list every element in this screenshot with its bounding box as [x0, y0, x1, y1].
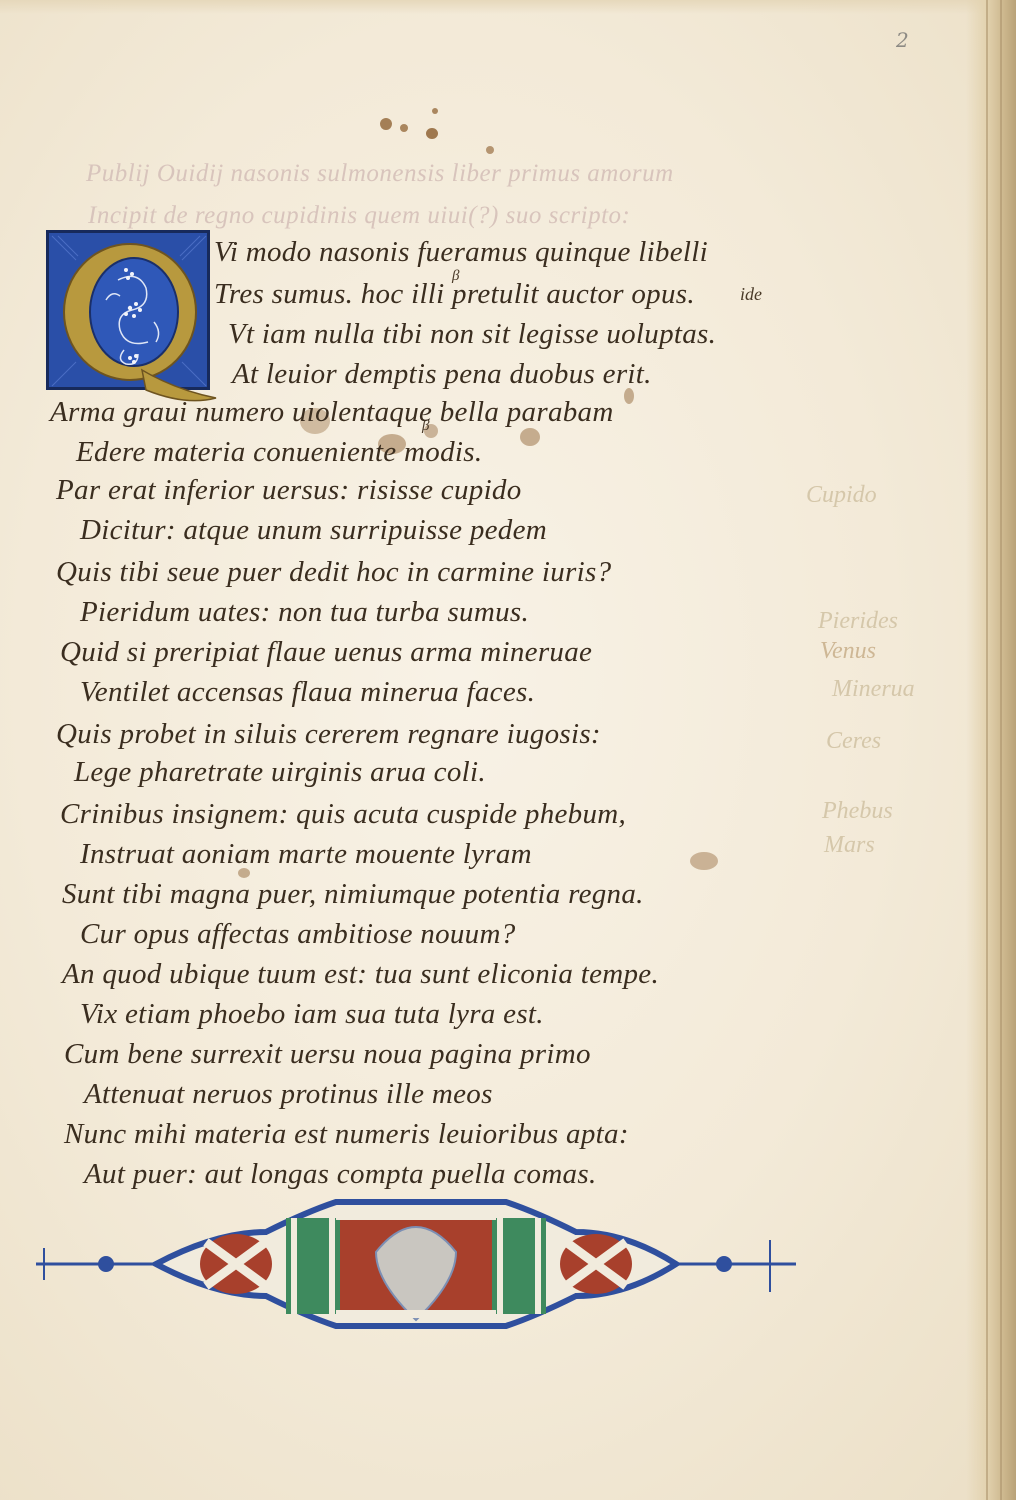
verse-line: Ventilet accensas flaua minerua faces. [80, 676, 535, 709]
verse-line: Quis probet in siluis cererem regnare iu… [56, 718, 601, 751]
margin-gloss: Phebus [822, 798, 893, 825]
verse-line: Arma graui numero uiolentaque bella para… [50, 396, 614, 429]
verse-line: Vi modo nasonis fueramus quinque libelli [214, 236, 708, 269]
verse-line: Vix etiam phoebo iam sua tuta lyra est. [80, 998, 544, 1031]
gutter-line [986, 0, 988, 1500]
verse-line: Instruat aoniam marte mouente lyram [80, 838, 532, 871]
verse-line: Tres sumus. hoc illi pretulit auctor opu… [214, 278, 695, 311]
margin-gloss: Mars [824, 832, 875, 859]
rubric-line-2: Incipit de regno cupidinis quem uiui(?) … [88, 202, 630, 230]
interlinear-gloss: ide [740, 284, 762, 305]
initial-q-icon [46, 230, 224, 420]
verse-line: Attenuat neruos protinus ille meos [84, 1078, 493, 1111]
margin-gloss: Cupido [806, 482, 877, 509]
margin-gloss: Pierides [818, 608, 898, 635]
verse-line: Aut puer: aut longas compta puella comas… [84, 1158, 597, 1191]
verse-line: Edere materia conueniente modis. [76, 436, 482, 469]
verse-line: Cum bene surrexit uersu noua pagina prim… [64, 1038, 591, 1071]
verse-line: Lege pharetrate uirginis arua coli. [74, 756, 486, 789]
stain [690, 852, 718, 870]
verse-line: Cur opus affectas ambitiose nouum? [80, 918, 516, 951]
binding-gutter [966, 0, 1016, 1500]
verse-line: Par erat inferior uersus: risisse cupido [56, 474, 522, 507]
manuscript-page: 2 Publij Ouidij nasonis sulmonensis libe… [0, 0, 1016, 1500]
stain [380, 118, 392, 130]
verse-line: Nunc mihi materia est numeris leuioribus… [64, 1118, 629, 1151]
stain [486, 146, 494, 154]
verse-line: Pieridum uates: non tua turba sumus. [80, 596, 529, 629]
stain [432, 108, 438, 114]
stain [426, 128, 438, 139]
verse-line: Quis tibi seue puer dedit hoc in carmine… [56, 556, 611, 589]
verse-line: At leuior demptis pena duobus erit. [232, 358, 652, 391]
margin-gloss: Venus [820, 638, 876, 665]
margin-gloss: Minerua [832, 676, 915, 703]
page-top-edge [0, 0, 1016, 14]
stain [520, 428, 540, 446]
verse-line: An quod ubique tuum est: tua sunt elicon… [62, 958, 659, 991]
interlace-ornament-icon [36, 1192, 796, 1332]
verse-line: Vt iam nulla tibi non sit legisse uolupt… [228, 318, 716, 351]
verse-line: Crinibus insignem: quis acuta cuspide ph… [60, 798, 626, 831]
gutter-line [1000, 0, 1002, 1500]
verse-line: Quid si preripiat flaue uenus arma miner… [60, 636, 592, 669]
margin-gloss: Ceres [826, 728, 881, 755]
illuminated-initial-q [46, 230, 210, 390]
verse-line: Sunt tibi magna puer, nimiumque potentia… [62, 878, 644, 911]
folio-number: 2 [896, 28, 909, 52]
verse-line: Dicitur: atque unum surripuisse pedem [80, 514, 547, 547]
rubric-line-1: Publij Ouidij nasonis sulmonensis liber … [86, 160, 674, 188]
stain [400, 124, 408, 132]
